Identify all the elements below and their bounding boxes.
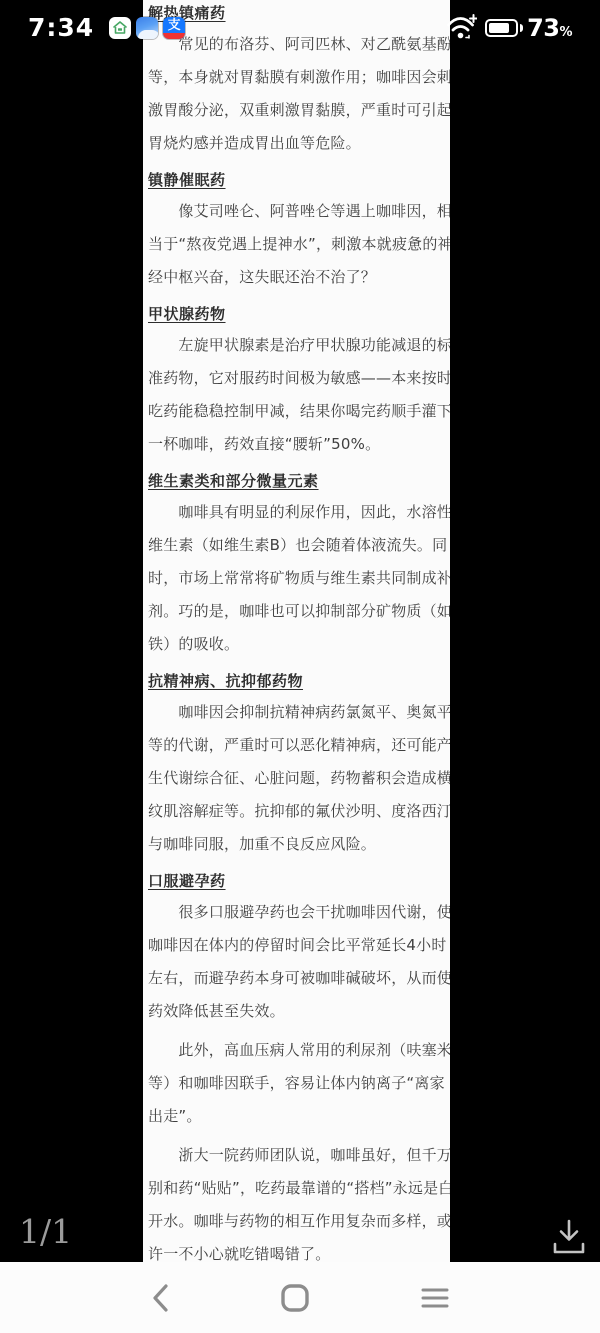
text-line: 浙大一院药师团队说，咖啡虽好，但千万 <box>148 1139 448 1172</box>
wifi-plus-icon <box>446 14 477 42</box>
text-line: 维生素（如维生素B）也会随着体液流失。同 <box>148 529 448 562</box>
battery-percent: 73% <box>527 14 572 42</box>
home-square-icon <box>280 1283 310 1313</box>
document-page[interactable]: 解热镇痛药 常见的布洛芬、阿司匹林、对乙酰氨基酚等，本身就对胃黏膜有刺激作用；咖… <box>143 0 450 1262</box>
status-bar-right: 73% <box>446 14 572 42</box>
battery-fill <box>489 23 509 33</box>
text-line: 一杯咖啡，药效直接“腰斩”50%。 <box>148 428 448 461</box>
download-button[interactable] <box>551 1218 587 1256</box>
text-line: 左右，而避孕药本身可被咖啡碱破坏，从而使 <box>148 962 448 995</box>
text-line: 当于“熬夜党遇上提神水”，刺激本就疲惫的神 <box>148 228 448 261</box>
section-heading: 口服避孕药 <box>148 868 448 896</box>
clock: 7:34 <box>28 13 94 42</box>
text-line: 此外，高血压病人常用的利尿剂（呋塞米 <box>148 1034 448 1067</box>
section-heading: 甲状腺药物 <box>148 301 448 329</box>
section-heading: 维生素类和部分微量元素 <box>148 468 448 496</box>
back-icon <box>150 1282 170 1314</box>
smart-home-app-icon <box>109 17 131 39</box>
text-line: 准药物，它对服药时间极为敏感——本来按时 <box>148 362 448 395</box>
article-section: 镇静催眠药 像艾司唑仑、阿普唑仑等遇上咖啡因，相当于“熬夜党遇上提神水”，刺激本… <box>148 167 448 294</box>
section-heading: 抗精神病、抗抑郁药物 <box>148 668 448 696</box>
text-line: 左旋甲状腺素是治疗甲状腺功能减退的标 <box>148 329 448 362</box>
text-line: 开水。咖啡与药物的相互作用复杂而多样，或 <box>148 1205 448 1238</box>
back-button[interactable] <box>150 1282 170 1314</box>
text-line: 咖啡因会抑制抗精神病药氯氮平、奥氮平 <box>148 696 448 729</box>
text-line: 咖啡因在体内的停留时间会比平常延长4小时 <box>148 929 448 962</box>
text-line: 时，市场上常常将矿物质与维生素共同制成补 <box>148 562 448 595</box>
text-line: 药效降低甚至失效。 <box>148 995 448 1028</box>
article-section: 抗精神病、抗抑郁药物 咖啡因会抑制抗精神病药氯氮平、奥氮平等的代谢，严重时可以恶… <box>148 668 448 861</box>
recents-menu-button[interactable] <box>420 1285 450 1311</box>
text-line: 剂。巧的是，咖啡也可以抑制部分矿物质（如 <box>148 595 448 628</box>
text-line: 铁）的吸收。 <box>148 628 448 661</box>
text-line: 常见的布洛芬、阿司匹林、对乙酰氨基酚 <box>148 28 448 61</box>
page-indicator: 1/1 <box>19 1212 72 1251</box>
section-heading: 解热镇痛药 <box>148 0 448 28</box>
text-line: 纹肌溶解症等。抗抑郁的氟伏沙明、度洛西汀 <box>148 795 448 828</box>
text-line: 像艾司唑仑、阿普唑仑等遇上咖啡因，相 <box>148 195 448 228</box>
article-section: 口服避孕药 很多口服避孕药也会干扰咖啡因代谢，使咖啡因在体内的停留时间会比平常延… <box>148 868 448 1028</box>
text-line: 别和药“贴贴”，吃药最靠谱的“搭档”永远是白 <box>148 1172 448 1205</box>
text-line: 激胃酸分泌，双重刺激胃黏膜，严重时可引起 <box>148 94 448 127</box>
menu-icon <box>420 1285 450 1311</box>
home-button[interactable] <box>280 1283 310 1313</box>
article-paragraph: 此外，高血压病人常用的利尿剂（呋塞米等）和咖啡因联手，容易让体内钠离子“离家出走… <box>148 1034 448 1133</box>
text-line: 生代谢综合征、心脏问题，药物蓄积会造成横 <box>148 762 448 795</box>
article-section: 维生素类和部分微量元素 咖啡具有明显的利尿作用，因此，水溶性维生素（如维生素B）… <box>148 468 448 661</box>
article-paragraph: 浙大一院药师团队说，咖啡虽好，但千万别和药“贴贴”，吃药最靠谱的“搭档”永远是白… <box>148 1139 448 1262</box>
article-section: 解热镇痛药 常见的布洛芬、阿司匹林、对乙酰氨基酚等，本身就对胃黏膜有刺激作用；咖… <box>148 0 448 160</box>
battery-tip <box>520 24 523 32</box>
system-nav-bar <box>0 1262 600 1333</box>
text-line: 等，本身就对胃黏膜有刺激作用；咖啡因会刺 <box>148 61 448 94</box>
text-line: 咖啡具有明显的利尿作用，因此，水溶性 <box>148 496 448 529</box>
text-line: 许一不小心就吃错喝错了。 <box>148 1238 448 1262</box>
download-icon <box>551 1218 587 1256</box>
section-heading: 镇静催眠药 <box>148 167 448 195</box>
house-glyph <box>112 20 128 35</box>
article-section: 甲状腺药物 左旋甲状腺素是治疗甲状腺功能减退的标准药物，它对服药时间极为敏感——… <box>148 301 448 461</box>
text-line: 胃烧灼感并造成胃出血等危险。 <box>148 127 448 160</box>
text-line: 与咖啡同服，加重不良反应风险。 <box>148 828 448 861</box>
text-line: 等）和咖啡因联手，容易让体内钠离子“离家 <box>148 1067 448 1100</box>
text-line: 出走”。 <box>148 1100 448 1133</box>
text-line: 经中枢兴奋，这失眠还治不治了？ <box>148 261 448 294</box>
battery-icon <box>485 19 518 37</box>
text-line: 很多口服避孕药也会干扰咖啡因代谢，使 <box>148 896 448 929</box>
text-line: 等的代谢，严重时可以恶化精神病，还可能产 <box>148 729 448 762</box>
text-line: 吃药能稳稳控制甲减，结果你喝完药顺手灌下 <box>148 395 448 428</box>
